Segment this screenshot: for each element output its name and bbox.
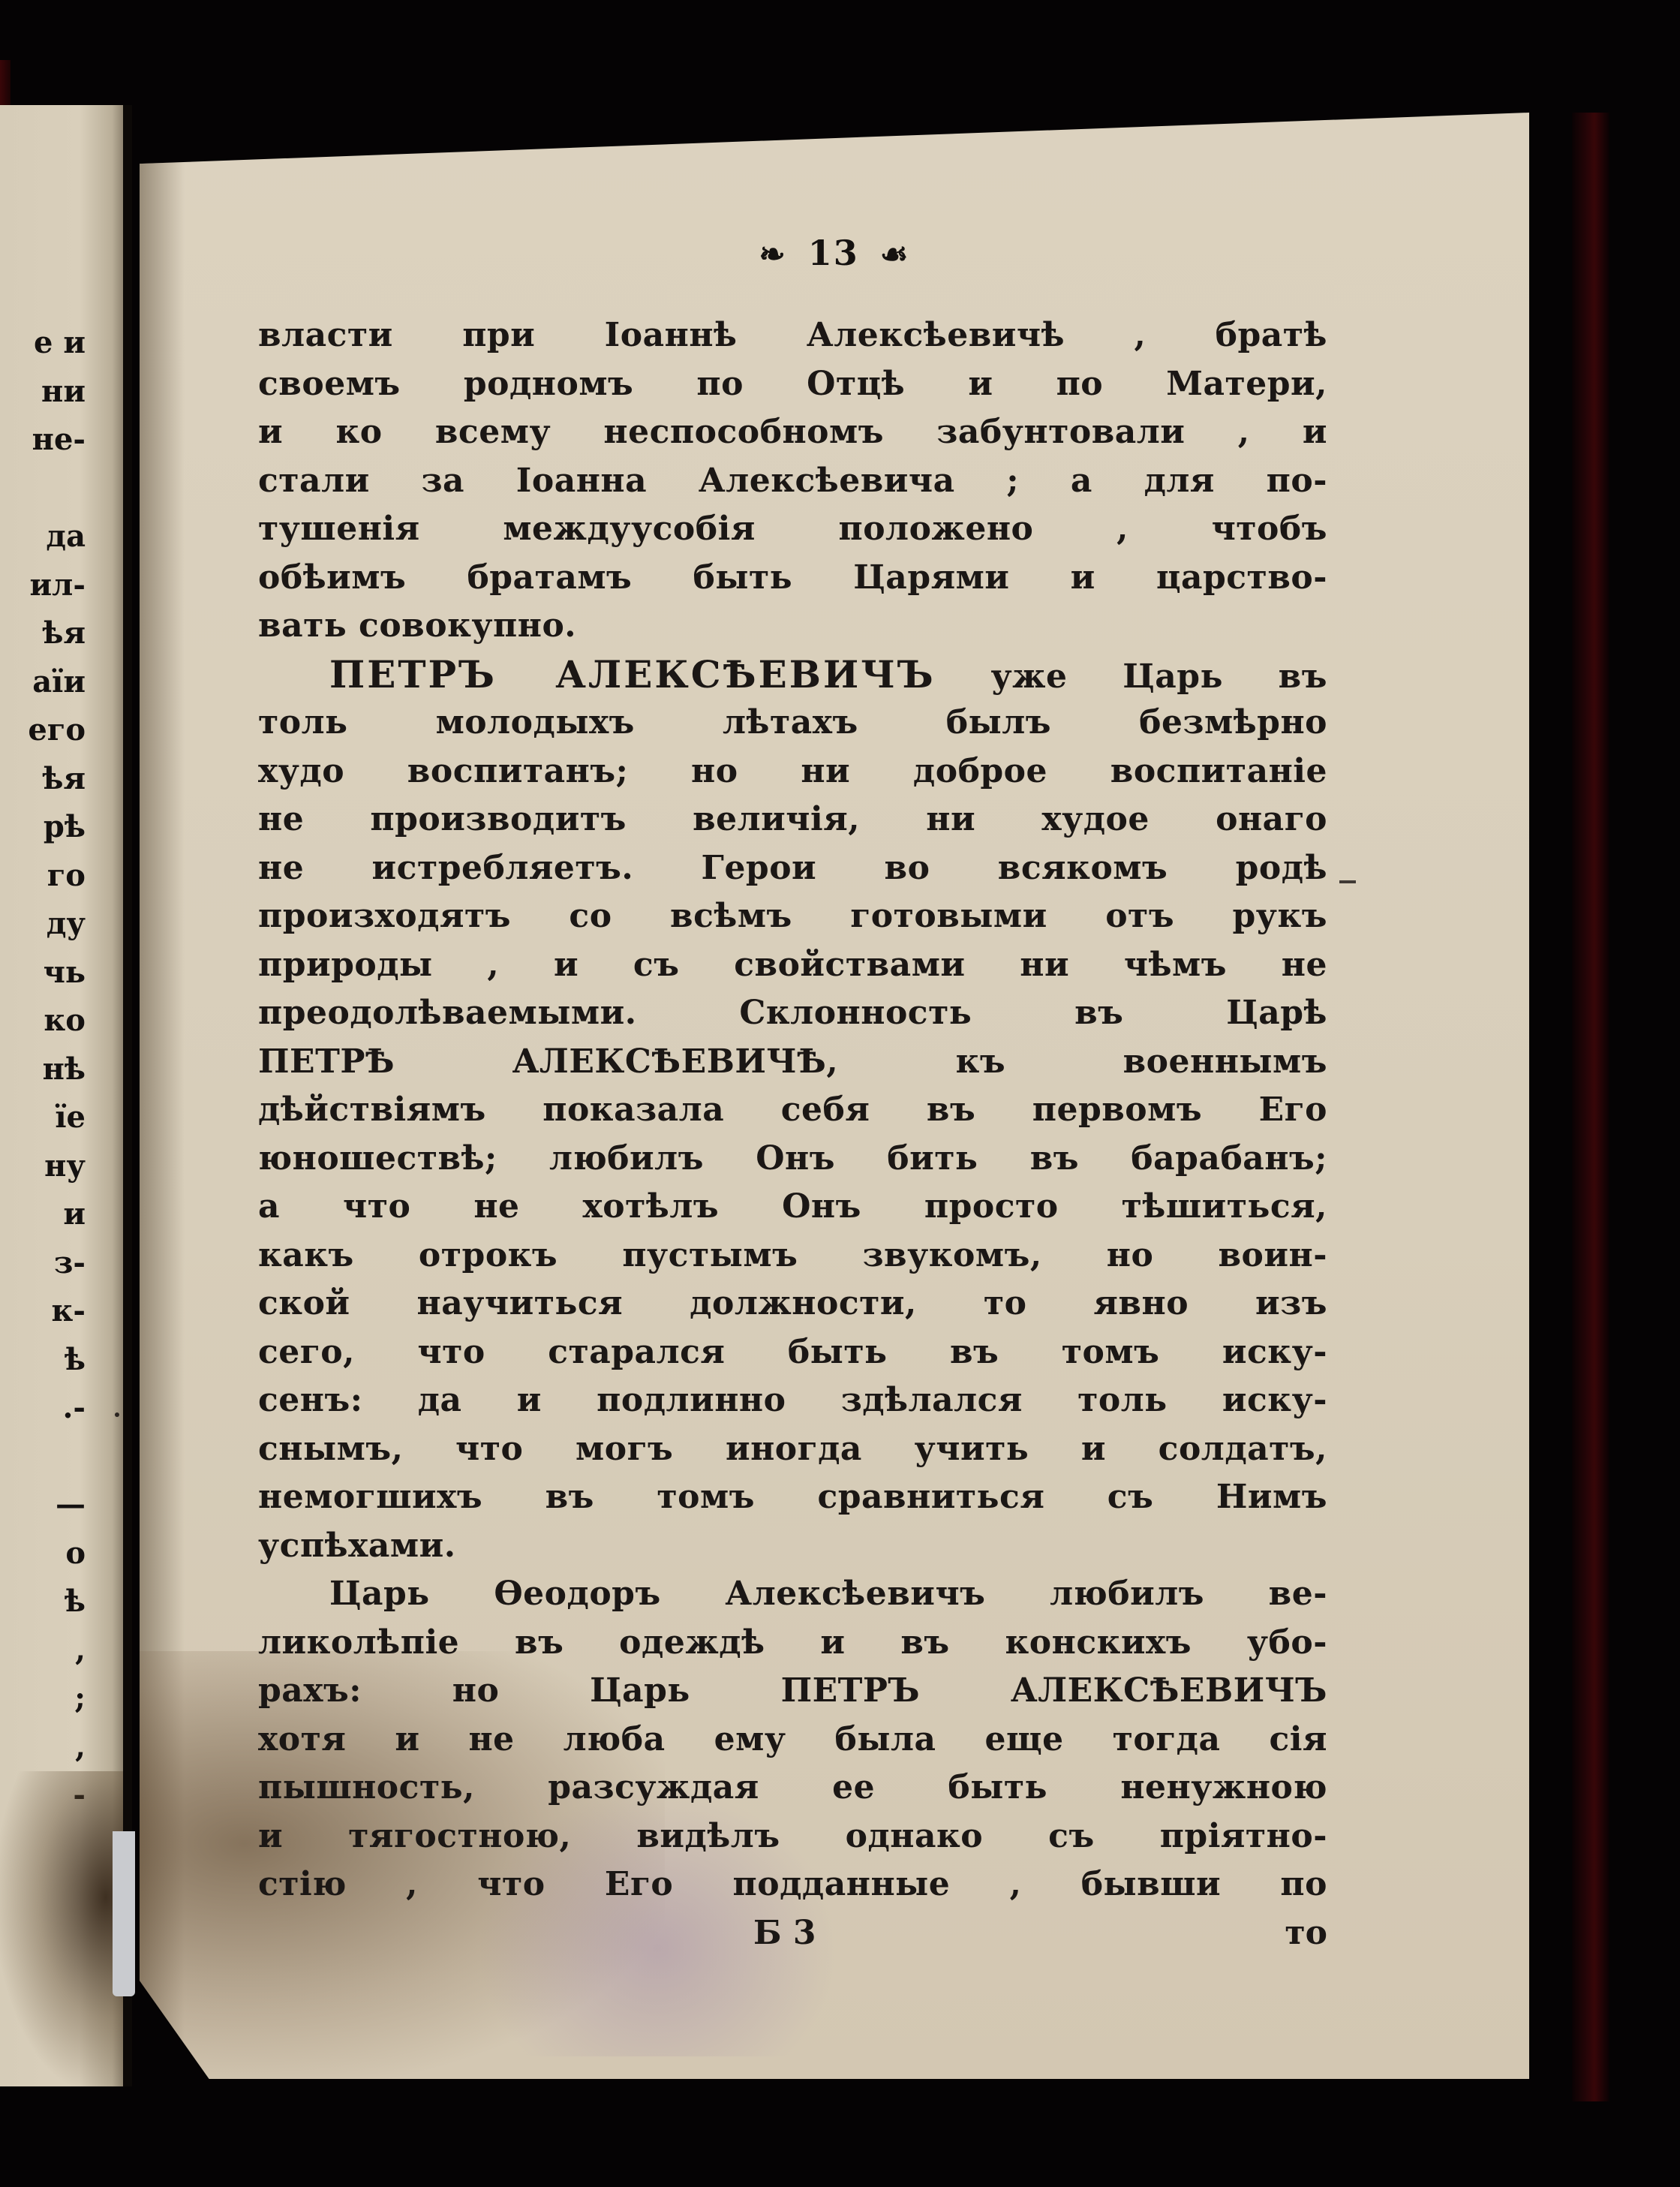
left-page-fragment-line: чь: [0, 949, 86, 997]
paragraph-lead-line: ПЕТРЪ АЛЕКСѢЕВИЧЪ уже Царь въ: [258, 651, 1327, 699]
text-line: стію , что Его подданные , бывши по: [258, 1861, 1327, 1909]
left-page-fragment-line: аїи: [0, 658, 86, 707]
text-line: природы , и съ свойствами ни чѣмъ не: [258, 941, 1327, 990]
text-line: ской научиться должности, то явно изъ: [258, 1280, 1327, 1328]
left-page-fragment-line: ;: [0, 1674, 86, 1723]
left-page-text-fragments: е инине-даил-ѣяаїиегоѣярѣгодучьконѣїенуи…: [0, 319, 86, 1820]
text-line: снымъ, что могъ иногда учить и солдатъ,: [258, 1425, 1327, 1474]
text-line: не истребляетъ. Герои во всякомъ родѣ: [258, 844, 1327, 893]
left-page-fragment-line: з-: [0, 1239, 86, 1288]
ornament-left-icon: ❧: [759, 236, 787, 272]
left-page-fragment-line: его: [0, 706, 86, 755]
left-page-fragment-line: .-: [0, 1384, 86, 1433]
left-page-fragment-line: [0, 465, 86, 513]
text-line: рахъ: но Царь ПЕТРЪ АЛЕКСѢЕВИЧЪ: [258, 1667, 1327, 1716]
left-page-fragment-line: [0, 1433, 86, 1482]
text-line: толь молодыхъ лѣтахъ былъ безмѣрно: [258, 699, 1327, 748]
text-line: дѣйствіямъ показала себя въ первомъ Его: [258, 1086, 1327, 1135]
name-small-caps: ПЕТРЪ АЛЕКСѢЕВИЧЪ: [329, 652, 936, 696]
text-line: преодолѣваемыми. Склонность въ Царѣ: [258, 989, 1327, 1038]
right-page: ❧ 13 ☙ власти при Іоаннѣ Алексѣевичѣ , б…: [140, 113, 1529, 2079]
left-page-fragment-line: ну: [0, 1142, 86, 1191]
text-line: и ко всему неспособномъ забунтовали , и: [258, 408, 1327, 457]
left-page-fragment-line: к-: [0, 1287, 86, 1336]
spine-tab: [113, 1831, 135, 1996]
text-line: сенъ: да и подлинно здѣлался толь иску-: [258, 1376, 1327, 1425]
body-text: власти при Іоаннѣ Алексѣевичѣ , братѣ св…: [258, 311, 1327, 1957]
text-run: уже Царь въ: [936, 657, 1327, 696]
text-line: хотя и не люба ему была еще тогда сія: [258, 1716, 1327, 1764]
left-page-fragment-line: ѣя: [0, 755, 86, 804]
margin-mark: [1339, 880, 1356, 883]
running-head: ❧ 13 ☙: [140, 233, 1529, 273]
text-line: тушенія междуусобія положено , чтобъ: [258, 505, 1327, 554]
left-page-fragment-line: нѣ: [0, 1045, 86, 1094]
text-line: и тягостною, видѣлъ однако съ пріятно-: [258, 1812, 1327, 1861]
left-page-fragment-line: го: [0, 852, 86, 901]
text-line: не производитъ величія, ни худое онаго: [258, 796, 1327, 844]
text-line: ликолѣпіе въ одеждѣ и въ конскихъ убо-: [258, 1619, 1327, 1668]
left-page-fragment: е инине-даил-ѣяаїиегоѣярѣгодучьконѣїенуи…: [0, 105, 132, 2086]
left-page-fragment-line: и: [0, 1190, 86, 1239]
left-page-fragment-line: не-: [0, 416, 86, 465]
page-footer: Б 3 то: [258, 1909, 1327, 1958]
left-page-fragment-line: ѣя: [0, 609, 86, 658]
text-line: юношествѣ; любилъ Онъ бить въ барабанъ;: [258, 1135, 1327, 1184]
ornament-right-icon: ☙: [880, 236, 910, 272]
text-line: вать совокупно.: [258, 602, 1327, 651]
signature-mark: Б 3: [753, 1909, 816, 1958]
text-line: обѣимъ братамъ быть Царями и царство-: [258, 554, 1327, 603]
left-page-fragment-line: ил-: [0, 561, 86, 610]
left-page-fragment-line: —: [0, 1481, 86, 1530]
text-line: сего, что старался быть въ томъ иску-: [258, 1328, 1327, 1377]
left-page-fragment-line: о: [0, 1530, 86, 1578]
text-line: пышность, разсуждая ее быть ненужною: [258, 1764, 1327, 1812]
left-page-fragment-line: рѣ: [0, 803, 86, 852]
text-line: немогшихъ въ томъ сравниться съ Нимъ: [258, 1473, 1327, 1522]
catchword: то: [1285, 1909, 1327, 1958]
margin-dot: [115, 1412, 119, 1417]
text-line: произходятъ со всѣмъ готовыми отъ рукъ: [258, 892, 1327, 941]
text-line: своемъ родномъ по Отцѣ и по Матери,: [258, 360, 1327, 409]
left-page-fragment-line: ко: [0, 997, 86, 1045]
left-page-fragment-line: їе: [0, 1093, 86, 1142]
text-line: а что не хотѣлъ Онъ просто тѣшиться,: [258, 1183, 1327, 1232]
page-number: 13: [808, 233, 859, 273]
book-cover-edge-right: [1572, 113, 1609, 2101]
left-page-fragment-line: ,: [0, 1723, 86, 1772]
left-page-fragment-line: ѣ: [0, 1336, 86, 1385]
text-line: успѣхами.: [258, 1522, 1327, 1571]
left-page-fragment-line: ду: [0, 900, 86, 949]
text-line: какъ отрокъ пустымъ звукомъ, но воин-: [258, 1232, 1327, 1280]
text-line: Царь Ѳеодоръ Алексѣевичъ любилъ ве-: [258, 1570, 1327, 1619]
text-line: власти при Іоаннѣ Алексѣевичѣ , братѣ: [258, 311, 1327, 360]
left-page-fragment-line: е и: [0, 319, 86, 368]
gutter-shadow: [123, 105, 132, 2086]
text-line: стали за Іоанна Алексѣевича ; а для по-: [258, 457, 1327, 506]
left-page-fragment-line: ни: [0, 368, 86, 417]
text-line: худо воспитанъ; но ни доброе воспитаніе: [258, 748, 1327, 796]
left-page-fragment-line: да: [0, 513, 86, 561]
text-line: ПЕТРѢ АЛЕКСѢЕВИЧѢ, къ военнымъ: [258, 1038, 1327, 1087]
left-page-fragment-line: ,: [0, 1626, 86, 1675]
left-page-fragment-line: ѣ: [0, 1578, 86, 1626]
